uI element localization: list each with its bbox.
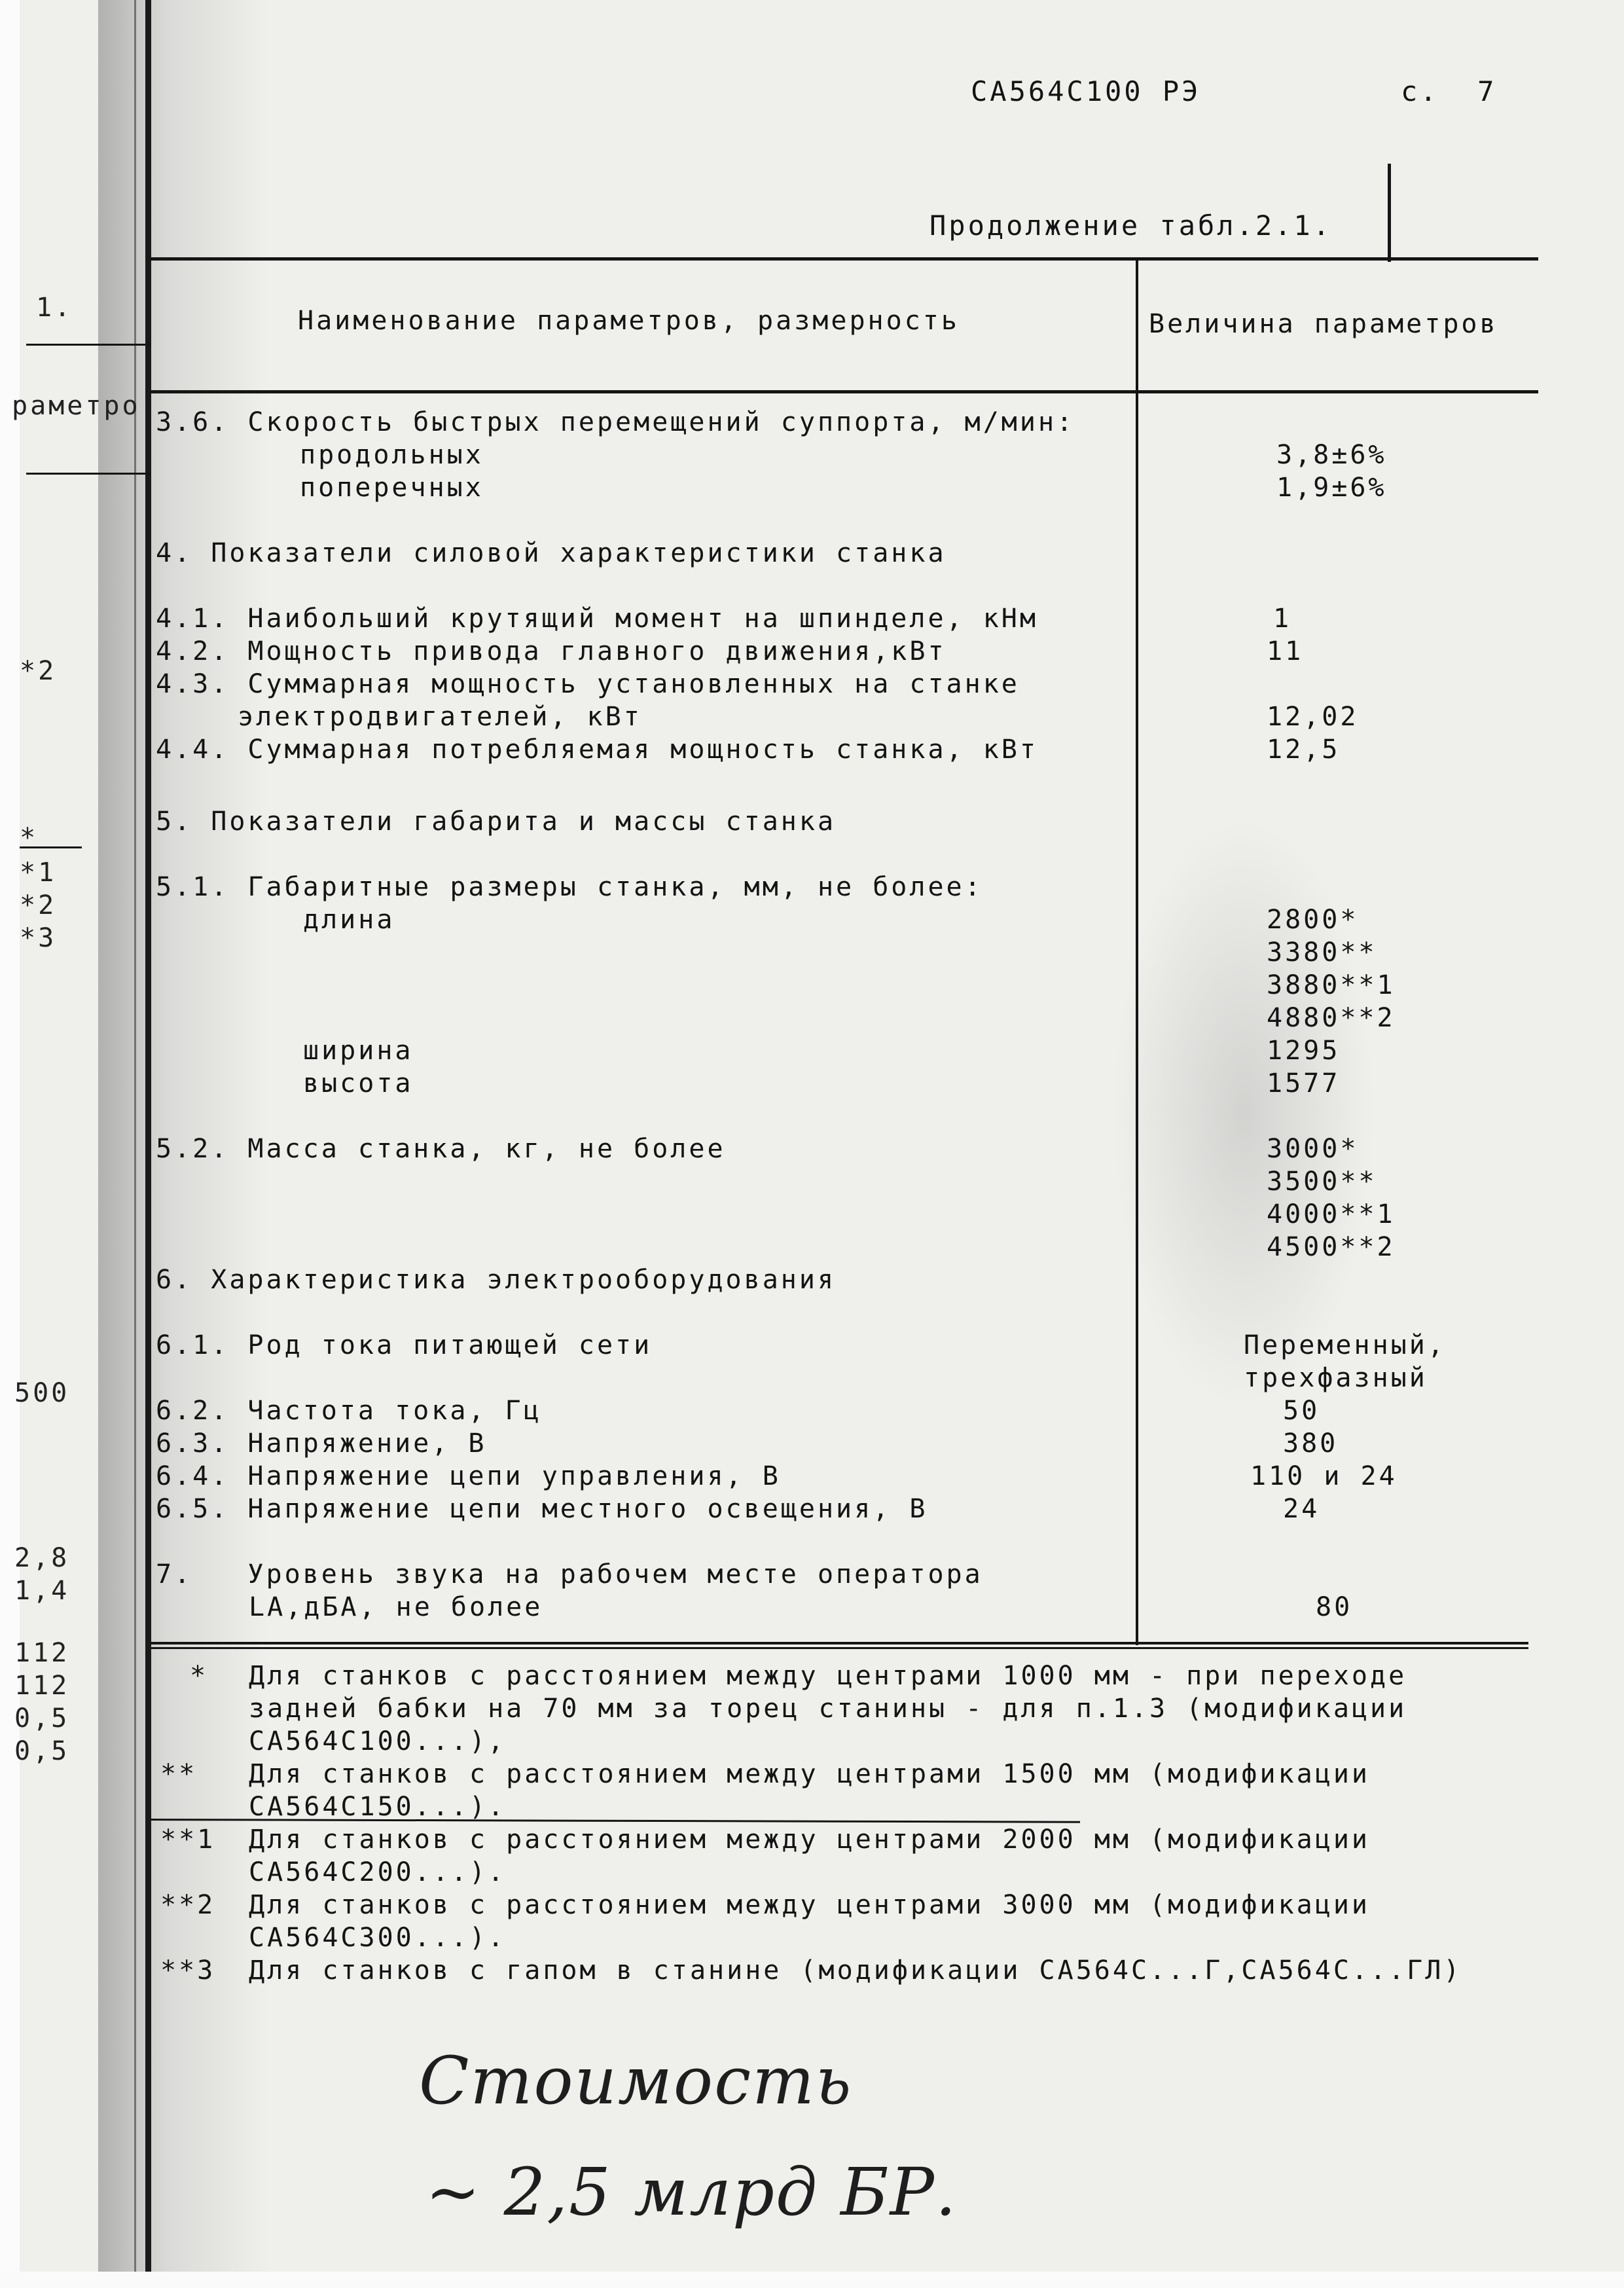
table-row-value: 3880**1 [1267, 969, 1396, 1002]
fragment-rule [26, 473, 151, 475]
footnote-text: Для станков с расстоянием между центрами… [249, 1823, 1370, 1856]
table-caption: Продолжение табл.2.1. [929, 209, 1332, 242]
table-row-label: 4.2. Мощность привода главного движения,… [156, 635, 947, 668]
table-row-value: 1577 [1267, 1067, 1340, 1100]
footnote-text: СА564С100...), [249, 1725, 506, 1758]
footnote-mark: ** [160, 1758, 197, 1790]
margin-mark [1388, 164, 1391, 262]
table-row-value: 11 [1267, 635, 1303, 668]
table-row-label: 4. Показатели силовой характеристики ста… [156, 537, 947, 570]
table-row-value: 1 [1273, 602, 1291, 635]
page-number: с. 7 [1401, 75, 1496, 108]
table-row-value: 3,8±6% [1276, 439, 1387, 471]
table-row-label: 4.1. Наибольший крутящий момент на шпинд… [156, 602, 1038, 635]
table-top-rule [151, 257, 1538, 261]
table-row-label: 7. Уровень звука на рабочем месте операт… [156, 1558, 983, 1591]
table-row-value: 12,5 [1267, 733, 1340, 766]
table-row-label: 3.6. Скорость быстрых перемещений суппор… [156, 406, 1075, 439]
table-row-label: 4.3. Суммарная мощность установленных на… [156, 668, 1020, 700]
footnote-text: задней бабки на 70 мм за торец станины -… [249, 1692, 1407, 1725]
handwritten-note-amount: ~ 2,5 млрд БР. [425, 2154, 958, 2230]
footnote-text: СА564С300...). [249, 1921, 506, 1954]
table-row-value: 4500**2 [1267, 1231, 1396, 1263]
table-row-label: электродвигателей, кВт [238, 700, 642, 733]
fragment: 500 [14, 1377, 69, 1409]
table-row-label: 6. Характеристика электрооборудования [156, 1263, 836, 1296]
scan-margin [0, 0, 20, 2288]
fragment-rule [26, 344, 151, 346]
footnote-mark: **1 [160, 1823, 215, 1856]
footnote-mark: **2 [160, 1889, 215, 1921]
table-row-value: 380 [1283, 1427, 1338, 1460]
table-row-value: 3380** [1267, 936, 1377, 969]
fragment-rule [20, 846, 82, 848]
footnote-text: Для станков с расстоянием между центрами… [249, 1660, 1407, 1692]
table-row-label: 6.3. Напряжение, В [156, 1427, 486, 1460]
footnote-text: Для станков с гапом в станине (модификац… [249, 1954, 1462, 1987]
table-row-label: длина [303, 903, 395, 936]
table-header-rule [151, 390, 1538, 393]
fragment: *2 [20, 889, 56, 922]
table-row-value: 3500** [1267, 1165, 1377, 1198]
fragment: *2 [20, 655, 56, 687]
table-row-label: LA,дБА, не более [249, 1591, 543, 1624]
table-row-value: 24 [1283, 1493, 1320, 1525]
fragment: 1,4 [14, 1574, 69, 1607]
fragment: * [20, 822, 38, 854]
fragment: 112 [14, 1669, 69, 1702]
fragment: 0,5 [14, 1735, 69, 1768]
table-row-value: Переменный, [1244, 1329, 1446, 1362]
table-row-label: 4.4. Суммарная потребляемая мощность ста… [156, 733, 1038, 766]
fragment: раметро [12, 390, 141, 422]
table-row-value: 3000* [1267, 1133, 1358, 1165]
table-row-label: продольных [300, 439, 484, 471]
column-header-name: Наименование параметров, размерность [298, 304, 960, 337]
column-header-value: Величина параметров [1149, 308, 1498, 340]
fragment: *1 [20, 856, 56, 889]
table-row-label: 6.1. Род тока питающей сети [156, 1329, 652, 1362]
table-row-label: 6.4. Напряжение цепи управления, В [156, 1460, 781, 1493]
fragment: 0,5 [14, 1702, 69, 1735]
footnote-text: Для станков с расстоянием между центрами… [249, 1758, 1370, 1790]
table-row-value: 80 [1316, 1591, 1352, 1624]
handwritten-note-cost: Стоимость [419, 2043, 852, 2119]
table-row-value: 110 и 24 [1250, 1460, 1398, 1493]
table-row-label: 5.1. Габаритные размеры станка, мм, не б… [156, 871, 983, 903]
table-row-value: 1,9±6% [1276, 471, 1387, 504]
table-row-value: трехфазный [1244, 1362, 1428, 1394]
table-row-label: 6.2. Частота тока, Гц [156, 1394, 542, 1427]
table-bottom-rule [151, 1647, 1528, 1649]
footnote-text: СА564С200...). [249, 1856, 506, 1889]
table-row-label: 5. Показатели габарита и массы станка [156, 805, 836, 838]
table-row-value: 2800* [1267, 903, 1358, 936]
table-row-label: 6.5. Напряжение цепи местного освещения,… [156, 1493, 928, 1525]
table-row-label: 5.2. Масса станка, кг, не более [156, 1133, 726, 1165]
table-row-value: 1295 [1267, 1034, 1340, 1067]
fragment: *3 [20, 922, 56, 954]
table-row-value: 4000**1 [1267, 1198, 1396, 1231]
table-row-label: ширина [303, 1034, 414, 1067]
footnote-mark: **3 [160, 1954, 215, 1987]
table-row-value: 12,02 [1267, 700, 1358, 733]
footnote-mark: * [190, 1660, 208, 1692]
table-row-label: высота [303, 1067, 414, 1100]
table-row-label: поперечных [300, 471, 484, 504]
document-code: СА564С100 РЭ [971, 75, 1200, 108]
fragment: 1. [36, 291, 73, 324]
fragment: 2,8 [14, 1542, 69, 1574]
footnote-text: СА564С150...). [249, 1790, 506, 1823]
table-row-value: 4880**2 [1267, 1002, 1396, 1034]
table-row-value: 50 [1283, 1394, 1320, 1427]
table-column-divider [1136, 257, 1138, 1645]
table-bottom-rule [151, 1642, 1528, 1644]
footnote-text: Для станков с расстоянием между центрами… [249, 1889, 1370, 1921]
scan-bottom-edge [0, 2272, 1624, 2288]
fragment: 112 [14, 1637, 69, 1669]
